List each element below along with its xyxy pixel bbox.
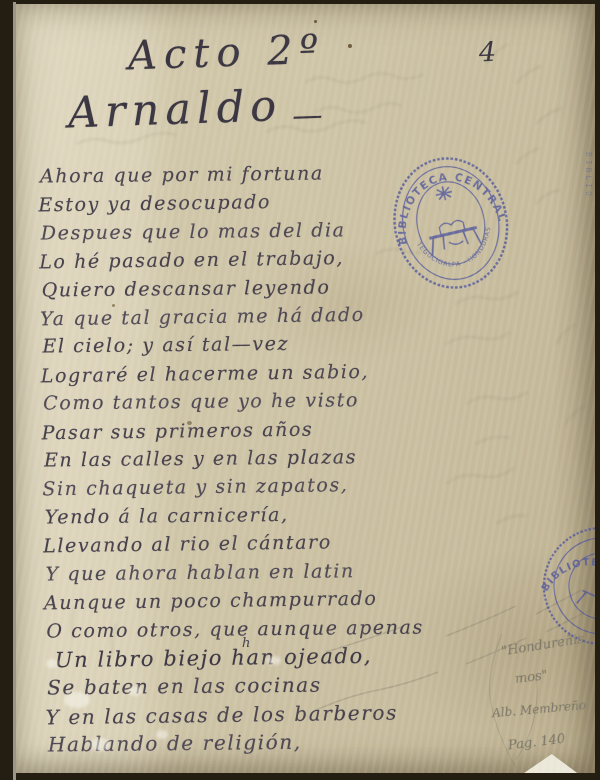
ink-speck: [187, 421, 192, 425]
poem-line: Yendo á la carnicería,: [45, 498, 525, 531]
ink-speck: [348, 44, 352, 48]
poem-line: En las calles y en las plazas: [44, 442, 524, 475]
poem-line: Se baten en las cocinas: [47, 669, 527, 702]
poem-line: Como tantos que yo he visto: [43, 385, 523, 418]
page-number: 4: [478, 37, 498, 69]
poem-line: Y que ahora hablan en latin: [45, 555, 525, 588]
poem-line: Hablando de religión,: [48, 726, 528, 759]
paper-stain: [128, 686, 142, 696]
stamp-emblem: [418, 181, 482, 257]
ink-speck: [314, 20, 317, 23]
partial-stamp-emblem: [577, 564, 595, 616]
paper-stain: [266, 656, 281, 665]
folded-corner: [508, 754, 592, 773]
character-name: Arnaldo: [67, 81, 283, 138]
pencil-note-mos: mos": [514, 668, 548, 687]
paper-stain: [90, 738, 110, 751]
frame-edge-highlight: [13, 2, 16, 780]
character-heading: Arnaldo—: [67, 79, 329, 141]
poem-line: O como otros, que aunque apenas: [46, 612, 526, 645]
paper-stain: [46, 659, 58, 668]
edge-stamp-letters: BIBLIO: [584, 152, 593, 199]
poem-line: El cielo; y así tal—vez: [42, 328, 522, 361]
scanned-manuscript-photo: Acto 2º 4 Arnaldo— Ahora que por mi fort…: [0, 0, 600, 780]
paper-stain: [156, 730, 168, 739]
paper-stain: [64, 692, 90, 708]
heading-trailing-dash: —: [292, 97, 329, 133]
inserted-correction-letter: h: [242, 636, 250, 651]
manuscript-page: Acto 2º 4 Arnaldo— Ahora que por mi fort…: [16, 4, 595, 773]
act-heading: Acto 2º: [127, 27, 326, 80]
ink-speck: [112, 304, 115, 307]
